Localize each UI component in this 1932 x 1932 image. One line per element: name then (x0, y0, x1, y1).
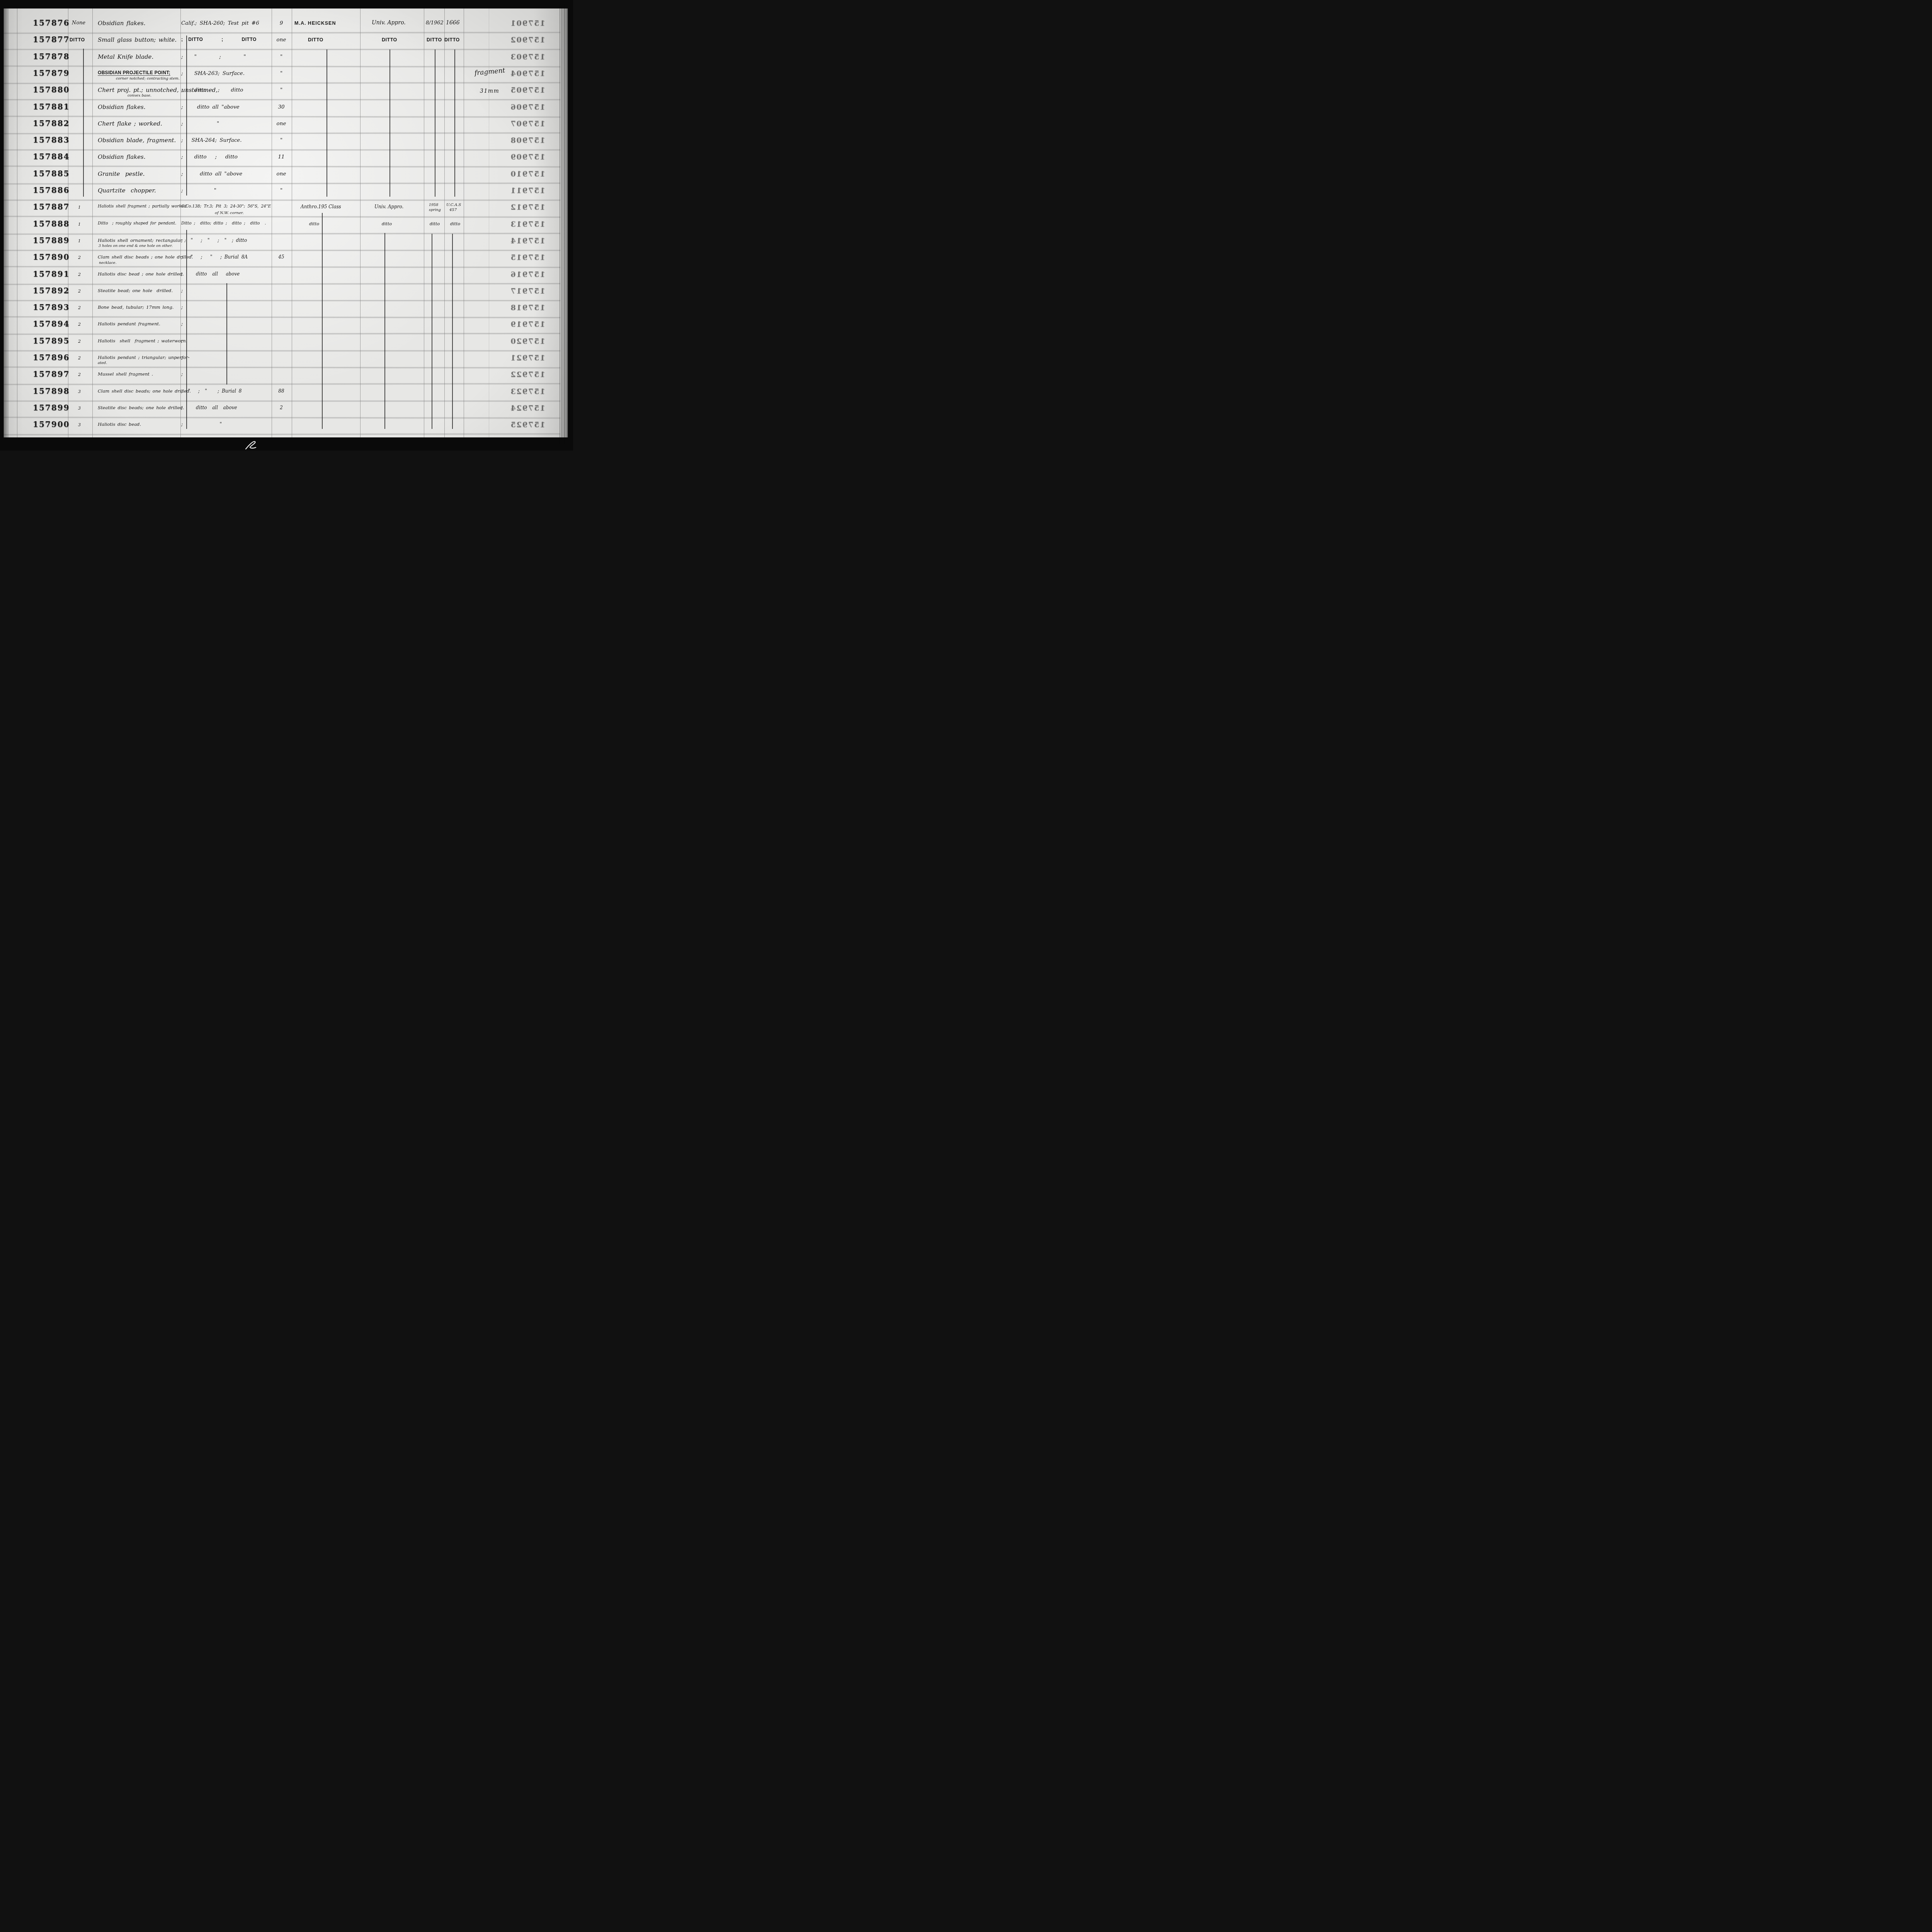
description-cell: Haliotis pendant fragment. (98, 321, 160, 326)
ditto-line (83, 49, 84, 197)
bleed-through-number: 157922 (510, 371, 545, 379)
catalog-number: 157892 (33, 287, 70, 295)
catalog-number: 157890 (33, 253, 70, 261)
binding-page-edge (8, 9, 9, 437)
binding-page-edge (5, 9, 6, 437)
description-cell: Haliotis disc bead. (98, 422, 141, 427)
count-cell: None (72, 20, 85, 26)
ditto-line (327, 49, 327, 197)
right-page-edge (567, 4, 568, 444)
scanned-ledger-page: 157876NoneObsidian flakes.Calif.; SHA-26… (0, 0, 573, 451)
location-cell: ; ditto ; ditto (181, 154, 238, 160)
bleed-through-number: 157902 (510, 36, 545, 44)
catalog-number: 157893 (33, 303, 70, 311)
ditto-line (226, 283, 227, 384)
right-page-edge (561, 4, 562, 444)
location-cell: ; " ; " ; Burial 8A (181, 255, 248, 260)
reference-cell: ditto (450, 222, 460, 226)
institution-cell: Univ. Appro. (374, 204, 403, 209)
description-cell: Obsidian flakes. (98, 154, 146, 160)
row-rule (4, 350, 560, 351)
count-cell: 1 (78, 222, 81, 227)
column-rule (464, 9, 464, 437)
description-cell: Obsidian blade, fragment. (98, 138, 176, 144)
description-cell: Haliotis shell fragment ; partially work… (98, 204, 187, 209)
reference-cell: U.C.A.S (446, 203, 461, 207)
description-cell: Steatite disc beads; one hole drilled. (98, 405, 184, 410)
count-cell: 2 (78, 339, 81, 344)
date-cell: DITTO (427, 37, 442, 43)
description-cell: Ditto ; roughly shaped for pendant. (98, 221, 176, 226)
row-rule (4, 233, 560, 235)
reference-cell: 1666 (446, 20, 460, 26)
description-cell: Obsidian flakes. (98, 20, 146, 27)
collector-cell: DITTO (308, 37, 323, 43)
right-page-edge (560, 4, 560, 444)
catalog-number: 157900 (33, 420, 70, 429)
description-subnote: corner notched; contracting stem. (116, 77, 180, 81)
catalog-number: 157897 (33, 370, 70, 378)
reference-subcell: 457 (449, 208, 457, 213)
paper-vignette (0, 0, 573, 451)
count-cell: 2 (78, 306, 81, 310)
row-rule (4, 200, 560, 201)
quantity-cell: one (271, 171, 291, 177)
description-cell: Haliotis disc bead ; one hole drilled. (98, 272, 184, 276)
catalog-number: 157888 (33, 220, 70, 228)
row-rule (4, 49, 560, 50)
catalog-number: 157898 (33, 387, 70, 395)
location-cell: ; (181, 372, 183, 377)
description-cell: Haliotis pendant ; triangular; unperfor- (98, 355, 189, 360)
bleed-through-number: 157924 (510, 405, 545, 412)
location-cell: ; (181, 305, 183, 310)
description-cell: Steatite bead; one hole drilled. (98, 288, 173, 293)
catalog-number: 157885 (33, 170, 70, 178)
catalog-number: 157899 (33, 404, 70, 412)
margin-note: fragment (474, 67, 505, 77)
bleed-through-number: 157908 (510, 137, 545, 145)
description-cell: Clam shell disc beads; one hole drilled. (98, 389, 191, 393)
location-cell: ; ditto all "above (181, 171, 242, 177)
row-rule (4, 66, 560, 67)
bleed-through-number: 157909 (510, 153, 545, 161)
ditto-line (384, 233, 385, 429)
location-cell: ; " ; " ; Burial 8 (181, 389, 242, 394)
quantity-cell: 11 (271, 154, 291, 160)
white-squiggle-mark (243, 440, 261, 450)
date-cell: ditto (430, 222, 440, 226)
collector-cell: Anthro.195 Class (301, 204, 341, 209)
bleed-through-number: 157904 (510, 70, 545, 78)
row-rule (4, 133, 560, 134)
description-cell: OBSIDIAN PROJECTILE POINT; (98, 70, 170, 76)
description-cell: Chert flake ; worked. (98, 121, 162, 127)
location-subnote: of N.W. corner. (215, 211, 244, 216)
bleed-through-number: 157911 (510, 187, 545, 195)
location-cell: ; " (181, 121, 219, 126)
top-border (0, 0, 573, 9)
row-rule (4, 166, 560, 167)
bleed-through-number: 157907 (510, 120, 545, 128)
count-cell: 1 (78, 205, 81, 210)
ditto-line (452, 234, 453, 429)
description-cell: Clam shell disc beads ; one hole drilled… (98, 255, 193, 259)
row-rule (4, 150, 560, 150)
location-cell: Calif.; SHA-260; Test pit #6 (181, 20, 259, 26)
description-cell: Bone bead, tubular; 17mm long. (98, 305, 173, 310)
catalog-number: 157891 (33, 270, 70, 278)
column-rule (292, 9, 292, 437)
location-cell: Ditto ; ditto; ditto ; ditto ; ditto . (181, 221, 266, 226)
catalog-number: 157894 (33, 320, 70, 328)
ditto-line (322, 213, 323, 429)
location-cell: ; ditto all above (181, 272, 240, 277)
location-cell: ; (181, 355, 183, 360)
location-cell: ; (181, 321, 183, 327)
bleed-through-number: 157920 (510, 338, 545, 345)
catalog-number: 157896 (33, 354, 70, 362)
quantity-cell: one (271, 121, 291, 126)
catalog-number: 157880 (33, 86, 70, 94)
quantity-cell: " (271, 188, 291, 193)
ditto-line (454, 49, 455, 197)
row-rule (4, 401, 560, 401)
column-rule (360, 9, 361, 437)
count-cell: 3 (78, 423, 81, 427)
catalog-number: 157886 (33, 186, 70, 194)
description-cell: Quartzite chopper. (98, 188, 156, 194)
quantity-cell: " (271, 54, 291, 60)
catalog-number: 157878 (33, 53, 70, 61)
quantity-cell: one (271, 37, 291, 43)
bleed-through-number: 157925 (510, 421, 545, 429)
left-binding-border (0, 0, 4, 451)
bottom-border (0, 437, 573, 451)
location-cell: ; (181, 288, 183, 293)
quantity-cell: 2 (271, 405, 291, 410)
description-subnote: ated. (98, 361, 107, 365)
description-cell: Mussel shell fragment . (98, 372, 153, 376)
ditto-line (389, 49, 390, 197)
count-cell: 2 (78, 356, 81, 361)
bleed-through-number: 157910 (510, 170, 545, 178)
catalog-number: 157876 (33, 19, 70, 27)
catalog-number: 157889 (33, 236, 70, 245)
count-cell: 2 (78, 322, 81, 327)
collector-cell: ditto (309, 222, 319, 226)
quantity-cell: 45 (271, 255, 291, 260)
row-rule (4, 434, 560, 435)
column-rule (92, 9, 93, 437)
catalog-number: 157883 (33, 136, 70, 144)
description-cell: Small glass button; white. (98, 37, 177, 43)
catalog-number: 157887 (33, 203, 70, 211)
location-cell: ; " ; " ; " ; ditto (181, 238, 247, 243)
count-cell: 1 (78, 239, 81, 243)
row-rule (4, 183, 560, 184)
institution-cell: DITTO (382, 37, 397, 43)
location-cell: ; ditto all "above (181, 104, 240, 110)
row-rule (4, 367, 560, 368)
quantity-cell: 88 (271, 389, 291, 394)
row-rule (4, 283, 560, 284)
row-rule (4, 266, 560, 268)
row-rule (4, 250, 560, 251)
bleed-through-number: 157918 (510, 304, 545, 312)
reference-cell: DITTO (444, 37, 460, 43)
bleed-through-number: 157915 (510, 254, 545, 262)
location-cell: ; SHA-263; Surface. (181, 71, 245, 76)
location-cell: ; " (181, 422, 222, 427)
description-subnote: convex base. (128, 94, 151, 98)
row-rule (4, 316, 560, 318)
right-page-edge (563, 4, 563, 444)
catalog-number: 157881 (33, 103, 70, 111)
bleed-through-number: 157916 (510, 271, 545, 279)
institution-cell: Univ. Appro. (372, 20, 406, 26)
quantity-cell: " (271, 87, 291, 93)
location-cell: ; ditto ; ditto (181, 87, 243, 93)
right-border (568, 0, 573, 451)
binding-page-edge (7, 9, 7, 437)
description-cell: Granite pestle. (98, 171, 145, 177)
quantity-cell: " (271, 138, 291, 143)
row-rule (4, 333, 560, 335)
catalog-number: 157877 (33, 36, 70, 44)
date-cell: 8/1962 (426, 20, 444, 26)
location-cell: C.Co.138; Tr.3; Pit 3; 24-30"; 56"S, 24"… (181, 204, 271, 209)
description-cell: Haliotis shell fragment ; waterworn. (98, 338, 187, 343)
description-cell: Metal Knife blade. (98, 54, 153, 60)
date-cell: 1958 (429, 203, 438, 207)
bleed-through-number: 157906 (510, 104, 545, 111)
catalog-number: 157884 (33, 153, 70, 161)
ditto-line (432, 234, 432, 429)
count-cell: 2 (78, 272, 81, 277)
description-cell: Obsidian flakes. (98, 104, 146, 111)
row-rule (4, 216, 560, 218)
quantity-cell: 30 (271, 104, 291, 110)
location-cell: ; " (181, 188, 216, 193)
column-rule (180, 9, 181, 437)
catalog-number: 157895 (33, 337, 70, 345)
description-subnote: 3 holes on one end & one hole on other. (99, 244, 173, 248)
bleed-through-number: 157913 (510, 221, 545, 228)
row-rule (4, 116, 560, 117)
ditto-line (186, 230, 187, 429)
ditto-line (435, 49, 435, 197)
row-rule (4, 300, 560, 301)
row-rule (4, 417, 560, 418)
binding-page-edge (4, 9, 5, 437)
column-rule (424, 9, 424, 437)
location-cell: ; SHA-264; Surface. (181, 138, 242, 143)
catalog-number: 157882 (33, 119, 70, 128)
count-cell: 3 (78, 389, 81, 394)
description-subnote: necklace. (99, 261, 116, 265)
date-subcell: spring (429, 208, 441, 212)
count-cell: 2 (78, 372, 81, 377)
quantity-cell: " (271, 71, 291, 76)
count-cell: DITTO (70, 37, 85, 43)
row-rule (4, 99, 560, 100)
quantity-cell: 9 (271, 20, 291, 26)
description-cell: Haliotis shell ornament; rectangular ; (98, 238, 186, 243)
bleed-through-number: 157917 (510, 287, 545, 295)
location-cell: ; (181, 338, 183, 344)
column-rule (444, 9, 445, 437)
row-rule (4, 383, 560, 385)
column-rule (17, 9, 17, 437)
bleed-through-number: 157912 (510, 204, 545, 211)
count-cell: 2 (78, 255, 81, 260)
right-page-edge (564, 4, 565, 444)
bleed-through-number: 157905 (510, 87, 545, 94)
bleed-through-number: 157901 (510, 20, 545, 27)
bleed-through-number: 157914 (510, 237, 545, 245)
count-cell: 2 (78, 289, 81, 294)
location-cell: ; ditto all above (181, 405, 237, 410)
location-cell: ; " ; " (181, 54, 246, 60)
bleed-through-number: 157923 (510, 388, 545, 396)
row-rule (4, 82, 560, 84)
bleed-through-number: 157921 (510, 354, 545, 362)
bleed-through-number: 157919 (510, 321, 545, 328)
right-page-edge (566, 4, 566, 444)
institution-cell: ditto (382, 222, 392, 226)
bleed-through-number: 157903 (510, 53, 545, 61)
location-cell: ; DITTO ; DITTO (181, 37, 257, 42)
margin-note: 31mm (480, 88, 499, 94)
count-cell: 3 (78, 406, 81, 411)
collector-cell: M.A. HEICKSEN (294, 21, 336, 26)
catalog-number: 157879 (33, 69, 70, 77)
row-rule (4, 32, 560, 34)
